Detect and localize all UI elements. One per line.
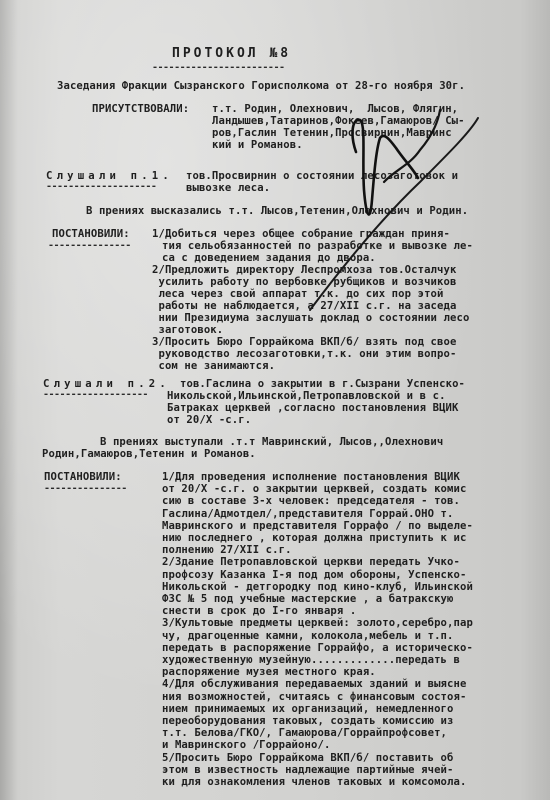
resolution-line: этом в известность надлежащие партийные … [162, 764, 454, 776]
heard-2-line: от 20/X -с.г. [167, 414, 251, 426]
resolution-line: усилить работу по вербовке рубщиков и во… [152, 276, 456, 288]
heard-2-line: Батраках церквей ,согласно постановления… [167, 402, 459, 414]
heard-1-underline: -------------------- [46, 182, 156, 192]
resolution-line: нием принимаемых их организаций, немедле… [162, 703, 454, 715]
resolution-line: художественную музейную.............пере… [162, 654, 460, 666]
resolution-line: 2/Предложить директору Леспромхоза тов.О… [152, 264, 456, 276]
present-line: ров,Гаслин Тетенин,Просвирнин,Мавринс [212, 127, 452, 139]
resolution-line: полнению 27/XII с.г. [162, 544, 292, 556]
resolution-line: профсозу Казанка I-я под дом обороны, Ус… [162, 569, 466, 581]
heard-2-line: тов.Гаслина о закрытии в г.Сызрани Успен… [180, 378, 465, 390]
heard-2-underline: ------------------- [43, 390, 148, 400]
resolution-line: 2/Здание Петропавловской церкви передать… [162, 556, 460, 568]
resolution-line: передать в распоряжение Горрайфо, а исто… [162, 642, 473, 654]
debate-1: В прениях высказались т.т. Лысов,Тетенин… [86, 205, 468, 217]
present-line: т.т. Родин, Олехнович, Лысов, Флягин, [212, 103, 458, 115]
resolution-line: руководство лесозаготовки,т.к. они этим … [152, 348, 456, 360]
resolution-line: нию последнего , которая должна приступи… [162, 532, 466, 544]
heard-1-line: тов.Просвирнин о состоянии лесозаготовок… [186, 170, 458, 182]
title-underline: ------------------------ [152, 63, 285, 73]
resolution-line: леса через свой аппарат т.к. до сих пор … [152, 288, 444, 300]
resolution-line: 3/Культовые предметы церквей: золото,сер… [162, 617, 473, 629]
resolution-line: Гаслина/Адмотдел/,представителя Горрай.О… [162, 508, 454, 520]
present-label: ПРИСУТСТВОВАЛИ: [92, 103, 189, 115]
debate-2-line: В прениях выступали .т.т Мавринский, Лыс… [100, 436, 443, 448]
resolution-line: снести в срок до I-го января . [162, 605, 356, 617]
resolved-1-label: ПОСТАНОВИЛИ: [52, 228, 130, 240]
resolution-line: ния возможностей, считаясь с финансовым … [162, 691, 466, 703]
resolution-line: сию в составе 3-х человек: председателя … [162, 495, 460, 507]
resolution-line: заготовок. [152, 324, 223, 336]
resolution-line: са с доведением задания до двора. [162, 252, 376, 264]
document-subtitle: Заседания Фракции Сызранского Горисполко… [57, 80, 465, 92]
document-title: ПРОТОКОЛ №8 [172, 48, 291, 60]
resolution-line: 1/Добиться через общее собрание граждан … [152, 228, 450, 240]
resolution-line: нии Президиума заслушать доклад о состоя… [152, 312, 469, 324]
resolution-line: 3/Просить Бюро Горрайкома ВКП/б/ взять п… [152, 336, 456, 348]
resolution-line: распоряжение музея местного края. [162, 666, 376, 678]
resolution-line: Мавринского и представителя Горрафо / по… [162, 520, 473, 532]
resolution-line: Никольской - детгородку под кино-клуб, И… [162, 581, 473, 593]
resolution-line: сом не занимаются. [152, 360, 275, 372]
resolution-line: работы не наблюдается, а 27/XII с.г. на … [152, 300, 456, 312]
resolution-line: чу, драгоценные камни, колокола,мебель и… [162, 630, 454, 642]
document-page: ПРОТОКОЛ №8 ------------------------ Зас… [0, 0, 550, 800]
resolved-2-label: ПОСТАНОВИЛИ: [44, 471, 122, 483]
resolution-line: от 20/X -с.г. о закрытии церквей, создат… [162, 483, 466, 495]
debate-2-line: Родин,Гамаюров,Тетенин и Романов. [42, 448, 256, 460]
resolved-2-underline: --------------- [44, 484, 127, 494]
resolution-line: т.т. Белова/ГКО/, Гамаюрова/Горрайпрофсо… [162, 727, 447, 739]
resolution-line: переоборудования таковых, создать комисс… [162, 715, 454, 727]
present-line: кий и Романов. [212, 139, 303, 151]
resolution-line: и Мавринского /Горрайоно/. [162, 739, 330, 751]
resolution-line: 1/Для проведения исполнение постановлени… [162, 471, 460, 483]
resolution-line: 5/Просить Бюро Горрайкома ВКП/б/ постави… [162, 752, 454, 764]
resolved-1-underline: --------------- [48, 241, 131, 251]
present-line: Ландышев,Татаринов,Фокеев,Гамаюров/ Сы- [212, 115, 465, 127]
heard-1-line: вывозке леса. [186, 182, 270, 194]
resolution-line: ки для ознакомления членов таковых и ком… [162, 776, 466, 788]
resolution-line: тия сельобязанностей по разработке и выв… [162, 240, 473, 252]
resolution-line: 4/Для обслуживания передаваемых зданий и… [162, 678, 466, 690]
heard-2-line: Никольской,Ильинской,Петропавловской и в… [167, 390, 446, 402]
resolution-line: ФЗС № 5 под учебные мастерские , а батра… [162, 593, 454, 605]
